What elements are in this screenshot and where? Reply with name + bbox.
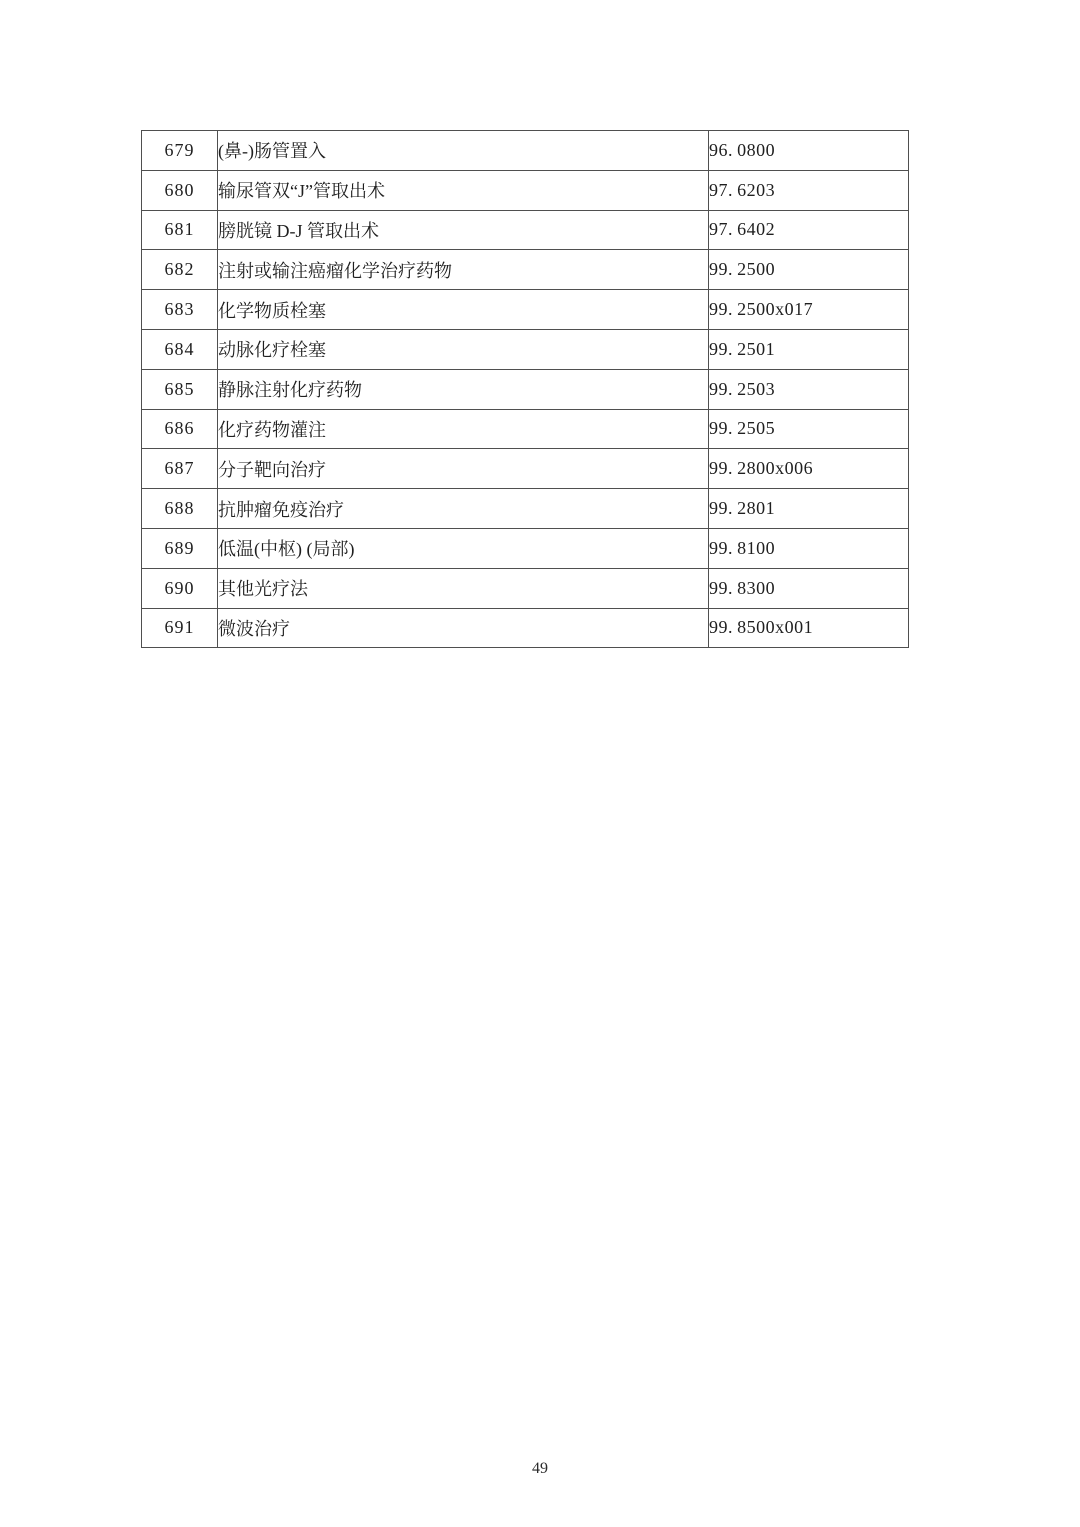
procedure-name-cell: 化学物质栓塞 bbox=[218, 290, 709, 330]
procedure-name-cell: 微波治疗 bbox=[218, 608, 709, 648]
procedure-code-cell: 99. 2500 bbox=[709, 250, 909, 290]
row-index-cell: 680 bbox=[142, 170, 218, 210]
row-index-cell: 681 bbox=[142, 210, 218, 250]
procedure-code-cell: 99. 2503 bbox=[709, 369, 909, 409]
row-index-cell: 691 bbox=[142, 608, 218, 648]
row-index-cell: 688 bbox=[142, 489, 218, 529]
page-number: 49 bbox=[0, 1460, 1080, 1478]
table-row: 686 化疗药物灌注 99. 2505 bbox=[142, 409, 909, 449]
procedure-name-cell: 化疗药物灌注 bbox=[218, 409, 709, 449]
table-row: 690 其他光疗法 99. 8300 bbox=[142, 568, 909, 608]
procedure-code-cell: 99. 2801 bbox=[709, 489, 909, 529]
table-row: 680 输尿管双“J”管取出术 97. 6203 bbox=[142, 170, 909, 210]
procedure-code-cell: 99. 2500x017 bbox=[709, 290, 909, 330]
document-page: 679 (鼻-)肠管置入 96. 0800 680 输尿管双“J”管取出术 97… bbox=[0, 0, 1080, 1527]
procedure-name-cell: 抗肿瘤免疫治疗 bbox=[218, 489, 709, 529]
procedure-name-cell: 注射或输注癌瘤化学治疗药物 bbox=[218, 250, 709, 290]
procedure-code-cell: 99. 2505 bbox=[709, 409, 909, 449]
row-index-cell: 690 bbox=[142, 568, 218, 608]
procedure-code-cell: 99. 2800x006 bbox=[709, 449, 909, 489]
procedure-code-cell: 99. 8500x001 bbox=[709, 608, 909, 648]
procedure-name-cell: 低温(中枢) (局部) bbox=[218, 528, 709, 568]
procedure-name-cell: 输尿管双“J”管取出术 bbox=[218, 170, 709, 210]
procedure-name-cell: 静脉注射化疗药物 bbox=[218, 369, 709, 409]
row-index-cell: 685 bbox=[142, 369, 218, 409]
procedure-name-cell: (鼻-)肠管置入 bbox=[218, 131, 709, 171]
procedure-code-cell: 97. 6203 bbox=[709, 170, 909, 210]
procedure-code-cell: 99. 8300 bbox=[709, 568, 909, 608]
row-index-cell: 686 bbox=[142, 409, 218, 449]
row-index-cell: 683 bbox=[142, 290, 218, 330]
procedure-code-cell: 97. 6402 bbox=[709, 210, 909, 250]
procedure-name-cell: 膀胱镜 D-J 管取出术 bbox=[218, 210, 709, 250]
procedure-code-cell: 96. 0800 bbox=[709, 131, 909, 171]
table-body: 679 (鼻-)肠管置入 96. 0800 680 输尿管双“J”管取出术 97… bbox=[142, 131, 909, 648]
procedure-name-cell: 动脉化疗栓塞 bbox=[218, 329, 709, 369]
table-row: 691 微波治疗 99. 8500x001 bbox=[142, 608, 909, 648]
procedure-name-cell: 其他光疗法 bbox=[218, 568, 709, 608]
table-row: 688 抗肿瘤免疫治疗 99. 2801 bbox=[142, 489, 909, 529]
procedure-code-cell: 99. 8100 bbox=[709, 528, 909, 568]
row-index-cell: 687 bbox=[142, 449, 218, 489]
table-row: 685 静脉注射化疗药物 99. 2503 bbox=[142, 369, 909, 409]
procedure-code-cell: 99. 2501 bbox=[709, 329, 909, 369]
table-row: 681 膀胱镜 D-J 管取出术 97. 6402 bbox=[142, 210, 909, 250]
row-index-cell: 682 bbox=[142, 250, 218, 290]
row-index-cell: 689 bbox=[142, 528, 218, 568]
table-row: 687 分子靶向治疗 99. 2800x006 bbox=[142, 449, 909, 489]
table-row: 689 低温(中枢) (局部) 99. 8100 bbox=[142, 528, 909, 568]
table-row: 682 注射或输注癌瘤化学治疗药物 99. 2500 bbox=[142, 250, 909, 290]
procedure-name-cell: 分子靶向治疗 bbox=[218, 449, 709, 489]
table-row: 683 化学物质栓塞 99. 2500x017 bbox=[142, 290, 909, 330]
procedure-code-table: 679 (鼻-)肠管置入 96. 0800 680 输尿管双“J”管取出术 97… bbox=[141, 130, 909, 648]
table-row: 684 动脉化疗栓塞 99. 2501 bbox=[142, 329, 909, 369]
row-index-cell: 679 bbox=[142, 131, 218, 171]
row-index-cell: 684 bbox=[142, 329, 218, 369]
table-row: 679 (鼻-)肠管置入 96. 0800 bbox=[142, 131, 909, 171]
